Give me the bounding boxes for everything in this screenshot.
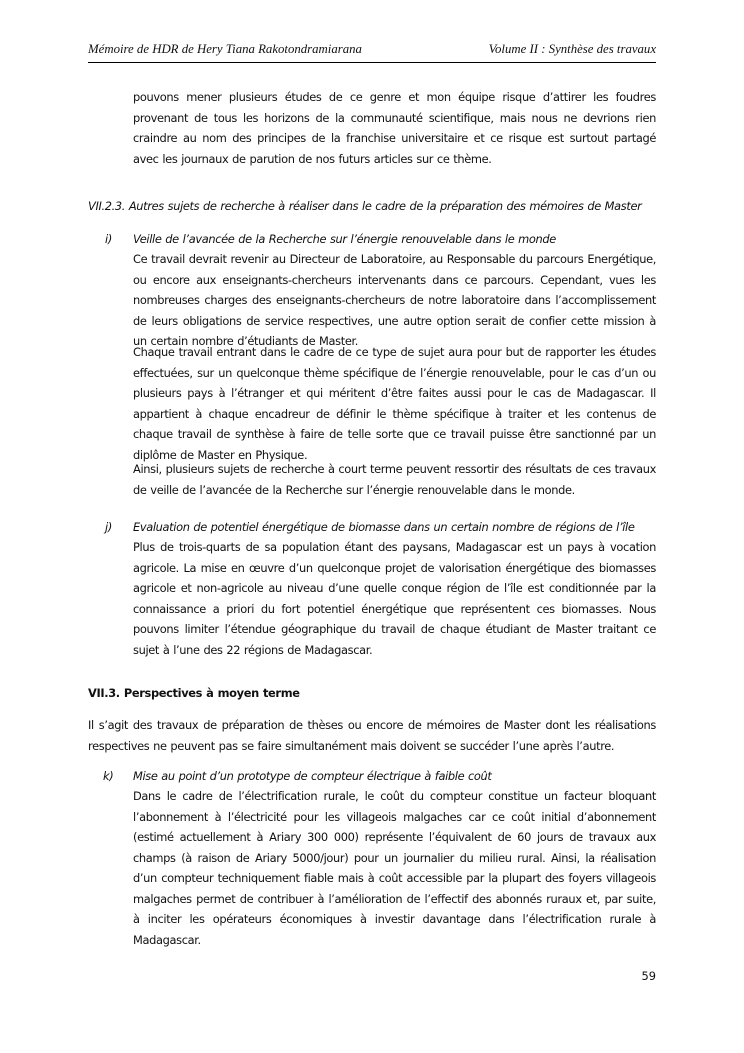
- item-i-paragraph-2: Chaque travail entrant dans le cadre de …: [133, 342, 656, 465]
- item-title-i: Veille de l’avancée de la Recherche sur …: [133, 229, 556, 250]
- section-heading-vii-3: VII.3. Perspectives à moyen terme: [88, 683, 656, 704]
- header-volume: Volume II : Synthèse des travaux: [489, 42, 656, 57]
- document-page: Mémoire de HDR de Hery Tiana Rakotondram…: [0, 0, 744, 1053]
- running-header: Mémoire de HDR de Hery Tiana Rakotondram…: [88, 40, 656, 63]
- section-vii-3-intro: Il s’agit des travaux de préparation de …: [88, 715, 656, 756]
- item-i-paragraph-3: Ainsi, plusieurs sujets de recherche à c…: [133, 459, 656, 500]
- page-number: 59: [642, 969, 657, 983]
- item-i-paragraph-1: Ce travail devrait revenir au Directeur …: [133, 249, 656, 352]
- item-j-paragraph-1: Plus de trois-quarts de sa population ét…: [133, 537, 656, 660]
- item-title-j: Evaluation de potentiel énergétique de b…: [133, 517, 635, 538]
- list-marker-i: i): [105, 229, 112, 250]
- list-marker-j: j): [105, 517, 112, 538]
- continuation-paragraph: pouvons mener plusieurs études de ce gen…: [133, 87, 656, 169]
- section-heading-vii-2-3: VII.2.3. Autres sujets de recherche à ré…: [88, 196, 656, 217]
- item-title-k: Mise au point d’un prototype de compteur…: [133, 766, 492, 787]
- item-k-paragraph-1: Dans le cadre de l’électrification rural…: [133, 786, 656, 950]
- list-marker-k: k): [103, 766, 113, 787]
- header-author: Mémoire de HDR de Hery Tiana Rakotondram…: [88, 42, 362, 57]
